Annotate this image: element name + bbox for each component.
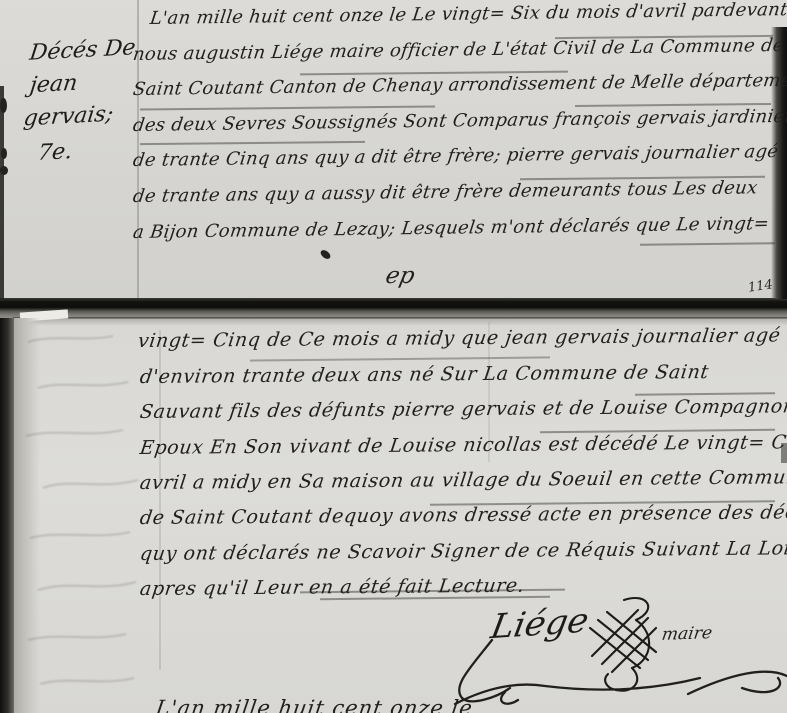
bleed-through-marks xyxy=(8,328,153,708)
register-scan: Décés De jean gervais; 7e. L'an mille hu… xyxy=(0,0,787,713)
ink-blot xyxy=(0,166,8,175)
margin-note-line: gervais; xyxy=(22,104,114,131)
next-record-fragment: L'an mille huit cent onze le xyxy=(154,696,474,713)
binding-edge-left-top xyxy=(0,86,4,299)
margin-note-line: Décés De xyxy=(28,37,137,64)
record-line: apres qu'il Leur en a été fait Lecture. xyxy=(139,577,526,599)
record-line: d'environ trante deux ans né Sur La Comm… xyxy=(139,363,710,387)
ink-blot xyxy=(1,148,7,159)
margin-note-line: jean xyxy=(28,73,78,97)
margin-note-line: 7e. xyxy=(37,141,74,165)
ink-blot xyxy=(0,98,7,113)
page-edge-right xyxy=(771,27,787,299)
paraph-mark: ep xyxy=(383,263,417,289)
page-seam xyxy=(0,298,787,319)
